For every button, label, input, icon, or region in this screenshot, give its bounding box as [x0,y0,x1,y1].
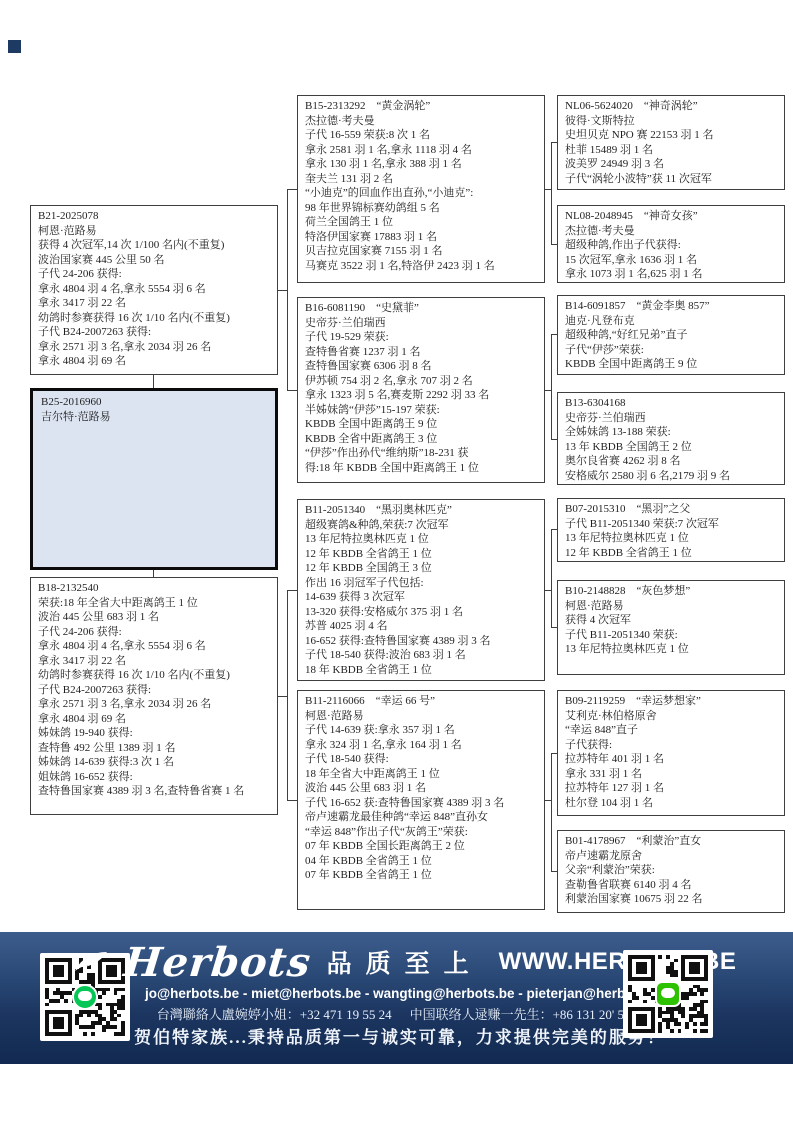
pedigree-line: B25-2016960 [41,395,267,410]
pedigree-line: 贝吉拉克国家赛 7155 羽 1 名 [305,244,537,259]
pedigree-line: 子代 B11-2051340 荣获:7 次冠军 [565,517,777,532]
pedigree-line: 16-652 获得:查特鲁国家赛 4389 羽 3 名 [305,634,537,649]
pedigree-line: 作出 16 羽冠军子代包括: [305,576,537,591]
pedigree-line: 特洛伊国家赛 17883 羽 1 名 [305,230,537,245]
pedigree-connector [551,244,557,245]
pedigree-line: “伊莎”作出孙代“维纳斯”18-231 获 [305,446,537,461]
pedigree-line: 杜菲 15489 羽 1 名 [565,143,777,158]
pedigree-line: 子代“涡轮小波特”获 11 次冠军 [565,172,777,187]
pedigree-line: 柯恩·范路易 [305,709,537,724]
pedigree-line: KBDB 全国中距离鸽王 9 位 [305,417,537,432]
pedigree-line: 13 年尼特拉奥林匹克 1 位 [305,532,537,547]
pedigree-line: 子代“伊莎”荣获: [565,343,777,358]
pedigree-line: KBDB 全省中距离鸽王 3 位 [305,432,537,447]
wechat-qr-code [623,950,713,1038]
pedigree-line: B16-6081190 “史黛菲” [305,301,537,316]
pedigree-line: 获得 4 次冠军,14 次 1/100 名内(不重复) [38,238,270,253]
corner-mark [8,40,21,53]
pedigree-connector [551,142,552,244]
pedigree-line: 波美罗 24949 羽 3 名 [565,157,777,172]
pedigree-connector [287,800,297,801]
pedigree-line: B14-6091857 “黄金李奥 857” [565,299,777,314]
brand-row: Herbots 品质至上 WWW.HERBOTS.BE [140,938,670,986]
pedigree-line: 超级赛鸽&种鸽,荣获:7 次冠军 [305,518,537,533]
contact-taiwan: 台灣聯絡人盧婉婷小姐：+32 471 19 55 24 [157,1007,392,1022]
pedigree-line: 拿永 4804 羽 4 名,拿永 5554 羽 6 名 [38,282,270,297]
pedigree-line: “幸运 848”直子 [565,723,777,738]
pedigree-line: 伊苏顿 754 羽 2 名,拿永 707 羽 2 名 [305,374,537,389]
pedigree-line: 柯恩·范路易 [565,599,777,614]
pedigree-line: 安格威尔 2580 羽 6 名,2179 羽 9 名 [565,469,777,484]
pedigree-line: NL06-5624020 “神奇涡轮” [565,99,777,114]
pedigree-line: 拿永 2581 羽 1 名,拿永 1118 羽 4 名 [305,143,537,158]
pedigree-line: 父亲“利蒙治”荣获: [565,863,777,878]
wechat-icon [655,981,681,1007]
pedigree-line: 获得 4 次冠军 [565,613,777,628]
pedigree-line: 拿永 3417 羽 22 名 [38,296,270,311]
pedigree-line: 98 年世界锦标赛幼鸽组 5 名 [305,201,537,216]
pedigree-line: 子代 18-540 获得: [305,752,537,767]
pedigree-line: 子代 16-559 荣获:8 次 1 名 [305,128,537,143]
pedigree-line: 拿永 331 羽 1 名 [565,767,777,782]
pedigree-line: 子代 B24-2007263 获得: [38,325,270,340]
email-line: jo@herbots.be - miet@herbots.be - wangti… [140,986,670,1001]
pedigree-connector [278,290,287,291]
pedigree-line: 拿永 3417 羽 22 名 [38,654,270,669]
pedigree-line: 苏普 4025 羽 4 名 [305,619,537,634]
pedigree-line: B11-2116066 “幸运 66 号” [305,694,537,709]
pedigree-connector [551,627,557,628]
pedigree-box-b13: B13-6304168史帝芬·兰伯瑞西全姊妹鸽 13-188 荣获:13 年 K… [557,392,785,485]
pedigree-box-b07: B07-2015310 “黑羽”之父子代 B11-2051340 荣获:7 次冠… [557,498,785,562]
pedigree-box-b14: B14-6091857 “黄金李奥 857”迪克·凡登布克超级种鸽,“好红兄弟”… [557,295,785,375]
footer-banner: Herbots 品质至上 WWW.HERBOTS.BE jo@herbots.b… [0,932,793,1064]
pedigree-connector [551,529,552,627]
pedigree-line: 14-639 获得 3 次冠军 [305,590,537,605]
pedigree-line: 幼鸽时参赛获得 16 次 1/10 名内(不重复) [38,311,270,326]
pedigree-box-b11-2116066: B11-2116066 “幸运 66 号”柯恩·范路易子代 14-639 获:拿… [297,690,545,910]
pedigree-line: 18 年 KBDB 全省鸽王 1 位 [305,663,537,678]
pedigree-connector [551,334,552,439]
pedigree-box-b15: B15-2313292 “黄金涡轮”杰拉德·考夫曼子代 16-559 荣获:8 … [297,95,545,283]
pedigree-line: “小迪克”的回血作出直孙,“小迪克”: [305,186,537,201]
pedigree-connector [153,375,154,388]
pedigree-line: B07-2015310 “黑羽”之父 [565,502,777,517]
pedigree-box-b10: B10-2148828 “灰色梦想”柯恩·范路易获得 4 次冠军子代 B11-2… [557,580,785,675]
pedigree-box-b11-2051340: B11-2051340 “黑羽奥林匹克”超级赛鸽&种鸽,荣获:7 次冠军13 年… [297,499,545,681]
pedigree-line: 幼鸽时参赛获得 16 次 1/10 名内(不重复) [38,668,270,683]
pedigree-box-nl06: NL06-5624020 “神奇涡轮”彼得·文斯特拉史坦贝克 NPO 赛 221… [557,95,785,190]
pedigree-line: 帝卢速霸龙原舍 [565,849,777,864]
pedigree-line: 07 年 KBDB 全省鸽王 1 位 [305,868,537,883]
contact-china: 中国联络人逯赚一先生：+86 131 20' 5 0755 [410,1007,654,1022]
feather-icon [74,951,108,973]
pedigree-connector [551,753,557,754]
pedigree-line: 史坦贝克 NPO 赛 22153 羽 1 名 [565,128,777,143]
pedigree-line: 12 年 KBDB 全国鸽王 3 位 [305,561,537,576]
pedigree-box-b09: B09-2119259 “幸运梦想家”艾利克·林伯格原舍“幸运 848”直子子代… [557,690,785,816]
pedigree-line: 得:18 年 KBDB 全国中距离鸽王 1 位 [305,461,537,476]
pedigree-line: 拿永 4804 羽 69 名 [38,712,270,727]
pedigree-connector [551,753,552,871]
pedigree-connector [153,570,154,577]
pedigree-line: 拿永 2571 羽 3 名,拿永 2034 羽 26 名 [38,697,270,712]
pedigree-line: 拿永 2571 羽 3 名,拿永 2034 羽 26 名 [38,340,270,355]
pedigree-line: 姐妹鸽 16-652 获得: [38,770,270,785]
pedigree-connector [287,590,288,800]
pedigree-line: 荷兰全国鸽王 1 位 [305,215,537,230]
pedigree-line: 查特鲁国家赛 4389 羽 3 名,查特鲁省赛 1 名 [38,784,270,799]
pedigree-line: 子代 16-652 获:查特鲁国家赛 4389 羽 3 名 [305,796,537,811]
pedigree-line: 荣获:18 年全省大中距离鸽王 1 位 [38,596,270,611]
pedigree-line: 子代 B24-2007263 获得: [38,683,270,698]
pedigree-line: B10-2148828 “灰色梦想” [565,584,777,599]
pedigree-line: 拉苏特年 401 羽 1 名 [565,752,777,767]
pedigree-line: B01-4178967 “利蒙治”直女 [565,834,777,849]
pedigree-line: NL08-2048945 “神奇女孩” [565,209,777,224]
pedigree-line: 拿永 4804 羽 4 名,拿永 5554 羽 6 名 [38,639,270,654]
pedigree-line: 彼得·文斯特拉 [565,114,777,129]
pedigree-line: 查特鲁省赛 1237 羽 1 名 [305,345,537,360]
pedigree-line: 13 年 KBDB 全国鸽王 2 位 [565,440,777,455]
brand-logo: Herbots [121,939,313,986]
pedigree-line: 子代 24-206 获得: [38,267,270,282]
pedigree-line: 13 年尼特拉奥林匹克 1 位 [565,531,777,546]
pedigree-line: “幸运 848”作出子代“灰鸽王”荣获: [305,825,537,840]
pedigree-box-b25-subject: B25-2016960吉尔特·范路易 [30,388,278,570]
pedigree-line: B15-2313292 “黄金涡轮” [305,99,537,114]
pedigree-line: 全姊妹鸽 13-188 荣获: [565,425,777,440]
contact-line: 台灣聯絡人盧婉婷小姐：+32 471 19 55 24中国联络人逯赚一先生：+8… [125,1004,685,1023]
pedigree-line: 13 年尼特拉奥林匹克 1 位 [565,642,777,657]
pedigree-line: 杰拉德·考夫曼 [305,114,537,129]
pedigree-page: B21-2025078柯恩·范路易获得 4 次冠军,14 次 1/100 名内(… [0,0,793,1122]
pedigree-line: 帝卢速霸龙最佳种鸽“幸运 848”直孙女 [305,810,537,825]
pedigree-line: 史帝芬·兰伯瑞西 [305,316,537,331]
pedigree-line: 半姊妹鸽“伊莎”15-197 荣获: [305,403,537,418]
pedigree-line: 超级种鸽,“好红兄弟”直子 [565,328,777,343]
pedigree-line: 12 年 KBDB 全省鸽王 1 位 [305,547,537,562]
pedigree-line: 查勒鲁省联赛 6140 羽 4 名 [565,878,777,893]
pedigree-line: 15 次冠军,拿永 1636 羽 1 名 [565,253,777,268]
pedigree-line: 拿永 324 羽 1 名,拿永 164 羽 1 名 [305,738,537,753]
pedigree-line: 杜尔登 104 羽 1 名 [565,796,777,811]
pedigree-line: 史帝芬·兰伯瑞西 [565,411,777,426]
pedigree-line: B13-6304168 [565,396,777,411]
pedigree-line: 奥尔良省赛 4262 羽 8 名 [565,454,777,469]
pedigree-connector [551,529,557,530]
pedigree-connector [287,189,288,390]
pedigree-box-nl08: NL08-2048945 “神奇女孩”杰拉德·考夫曼超级种鸽,作出子代获得:15… [557,205,785,283]
pedigree-line: 12 年 KBDB 全省鸽王 1 位 [565,546,777,561]
pedigree-line: 柯恩·范路易 [38,224,270,239]
pedigree-line: B11-2051340 “黑羽奥林匹克” [305,503,537,518]
pedigree-line: 13-320 获得:安格威尔 375 羽 1 名 [305,605,537,620]
brand-tagline: 品质至上 [327,944,483,980]
pedigree-line: 子代 B11-2051340 荣获: [565,628,777,643]
pedigree-connector [278,696,287,697]
pedigree-line: 利蒙治国家赛 10675 羽 22 名 [565,892,777,907]
pedigree-connector [287,390,297,391]
pedigree-connector [551,142,557,143]
pedigree-line: 吉尔特·范路易 [41,410,267,425]
slogan-line: 贺伯特家族...秉持品质第一与诚实可靠，力求提供完美的服务！ [100,1023,700,1048]
pedigree-line: 马赛克 3522 羽 1 名,特洛伊 2423 羽 1 名 [305,259,537,274]
pedigree-line: 18 年全省大中距离鸽王 1 位 [305,767,537,782]
pedigree-line: 波治国家赛 445 公里 50 名 [38,253,270,268]
pedigree-line: 超级种鸽,作出子代获得: [565,238,777,253]
pedigree-line: 子代 14-639 获:拿永 357 羽 1 名 [305,723,537,738]
pedigree-line: 拉苏特年 127 羽 1 名 [565,781,777,796]
pedigree-line: 迪克·凡登布克 [565,314,777,329]
pedigree-connector [287,189,297,190]
pedigree-connector [551,439,557,440]
pedigree-line: 子代 19-529 荣获: [305,330,537,345]
pedigree-connector [551,871,557,872]
pedigree-line: 子代获得: [565,738,777,753]
pedigree-line: B21-2025078 [38,209,270,224]
pedigree-box-b01: B01-4178967 “利蒙治”直女帝卢速霸龙原舍父亲“利蒙治”荣获:查勒鲁省… [557,830,785,913]
pedigree-box-b16: B16-6081190 “史黛菲”史帝芬·兰伯瑞西子代 19-529 荣获:查特… [297,297,545,483]
pedigree-line: 波治 445 公里 683 羽 1 名 [38,610,270,625]
pedigree-line: 姊妹鸽 19-940 获得: [38,726,270,741]
pedigree-connector [551,334,557,335]
pedigree-line: 拿永 130 羽 1 名,拿永 388 羽 1 名 [305,157,537,172]
pedigree-line: 拿永 4804 羽 69 名 [38,354,270,369]
pedigree-line: 拿永 1073 羽 1 名,625 羽 1 名 [565,267,777,282]
pedigree-line: KBDB 全国中距离鸽王 9 位 [565,357,777,372]
pedigree-connector [287,590,297,591]
pedigree-line: 查特鲁 492 公里 1389 羽 1 名 [38,741,270,756]
pedigree-line: B09-2119259 “幸运梦想家” [565,694,777,709]
pedigree-line: 波治 445 公里 683 羽 1 名 [305,781,537,796]
pedigree-box-b21: B21-2025078柯恩·范路易获得 4 次冠军,14 次 1/100 名内(… [30,205,278,375]
pedigree-line: 艾利克·林伯格原舍 [565,709,777,724]
pedigree-line: 拿永 1323 羽 5 名,赛麦斯 2292 羽 33 名 [305,388,537,403]
pedigree-line: 姊妹鸽 14-639 获得:3 次 1 名 [38,755,270,770]
pedigree-line: 07 年 KBDB 全国长距离鸽王 2 位 [305,839,537,854]
pedigree-box-b18: B18-2132540荣获:18 年全省大中距离鸽王 1 位波治 445 公里 … [30,577,278,815]
line-icon [72,984,98,1010]
pedigree-line: 04 年 KBDB 全省鸽王 1 位 [305,854,537,869]
pedigree-line: 子代 24-206 获得: [38,625,270,640]
pedigree-line: B18-2132540 [38,581,270,596]
pedigree-line: 查特鲁国家赛 6306 羽 8 名 [305,359,537,374]
pedigree-line: 奎夫兰 131 羽 2 名 [305,172,537,187]
pedigree-line: 子代 18-540 获得:波治 683 羽 1 名 [305,648,537,663]
pedigree-line: 杰拉德·考夫曼 [565,224,777,239]
